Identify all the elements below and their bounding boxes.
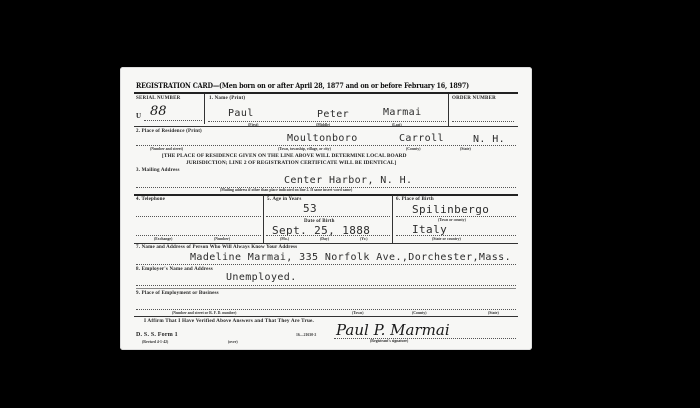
- residence-notice-1: [THE PLACE OF RESIDENCE GIVEN ON THE LIN…: [162, 153, 407, 159]
- state-caption: (State): [460, 147, 471, 151]
- first-name: Paul: [228, 108, 254, 119]
- row-rule: [134, 126, 518, 127]
- yr-caption: (Yr.): [360, 237, 368, 241]
- serial-number-value: 88: [150, 104, 167, 119]
- emp-county-caption: (County): [412, 311, 427, 315]
- age-label: 5. Age in Years: [267, 197, 301, 202]
- employment-underline: [136, 309, 516, 310]
- divider: [204, 94, 205, 124]
- town-caption: (Town, township, village, or city): [278, 147, 331, 151]
- contact-underline: [136, 264, 516, 265]
- mailing-address: Center Harbor, N. H.: [284, 175, 412, 186]
- birthplace-label: 6. Place of Birth: [396, 197, 434, 202]
- middle-name: Peter: [317, 109, 349, 120]
- country-underline: [396, 235, 516, 236]
- row-rule: [134, 316, 518, 317]
- row-rule: [134, 194, 518, 196]
- mo-caption: (Mo.): [280, 237, 289, 241]
- name-underline: [208, 121, 446, 122]
- form-revised: (Revised 4-1-42): [142, 340, 168, 344]
- employer-label: 8. Employer's Name and Address: [136, 267, 213, 272]
- serial-underline: [144, 120, 202, 121]
- employment-place-label: 9. Place of Employment or Business: [136, 291, 219, 296]
- birthplace-town: Spilinbergo: [412, 203, 489, 216]
- town-county-caption: (Town or county): [438, 218, 466, 222]
- residence-county: Carroll: [399, 133, 444, 144]
- age-value: 53: [303, 202, 317, 215]
- print-code: 16—21630-2: [296, 333, 316, 337]
- day-caption: (Day): [320, 237, 329, 241]
- exchange-caption: (Exchange): [154, 237, 172, 241]
- telephone-underline-1: [136, 216, 261, 217]
- serial-number-label: SERIAL NUMBER: [136, 96, 180, 101]
- affirmation: I Affirm That I Have Verified Above Answ…: [144, 318, 314, 324]
- employer-value: Unemployed.: [226, 272, 297, 283]
- birthplace-underline: [396, 216, 516, 217]
- card-title: REGISTRATION CARD—(Men born on or after …: [136, 81, 469, 90]
- employer-underline: [136, 285, 516, 286]
- residence-notice-2: JURISDICTION; LINE 2 OF REGISTRATION CER…: [186, 160, 396, 166]
- form-id: D. S. S. Form 1: [136, 332, 178, 338]
- divider: [263, 195, 264, 243]
- contact-value: Madeline Marmai, 335 Norfolk Ave.,Dorche…: [190, 252, 511, 263]
- county-caption: (County): [406, 147, 421, 151]
- age-underline: [266, 216, 390, 217]
- contact-label: 7. Name and Address of Person Who Will A…: [136, 245, 297, 250]
- country-caption: (State or country): [432, 237, 461, 241]
- order-number-label: ORDER NUMBER: [452, 96, 496, 101]
- row-rule: [134, 243, 518, 244]
- mailing-label: 3. Mailing Address: [136, 168, 180, 173]
- emp-state-caption: (State): [488, 311, 499, 315]
- registration-card: REGISTRATION CARD—(Men born on or after …: [120, 67, 532, 350]
- residence-underline: [136, 145, 516, 146]
- serial-prefix: U: [136, 112, 141, 120]
- residence-label: 2. Place of Residence (Print): [136, 129, 202, 134]
- divider: [448, 94, 449, 126]
- signature-caption: (Registrant's signature): [370, 339, 408, 343]
- last-name: Marmai: [383, 107, 422, 118]
- title-rule: [134, 92, 518, 94]
- telephone-underline-2: [136, 235, 261, 236]
- over-label: (over): [228, 340, 238, 344]
- signature-underline: [334, 338, 516, 339]
- street-caption: (Number and street): [150, 147, 183, 151]
- registrant-signature: Paul P. Marmai: [336, 321, 450, 339]
- telephone-label: 4. Telephone: [136, 197, 165, 202]
- number-caption: (Number): [214, 237, 230, 241]
- order-underline: [452, 121, 514, 122]
- mailing-caption: (Mailing address if other than place ind…: [220, 188, 352, 192]
- name-label: 1. Name (Print): [209, 96, 245, 101]
- dob-underline: [266, 235, 390, 236]
- residence-town: Moultonboro: [287, 133, 358, 144]
- emp-town-caption: (Town): [352, 311, 363, 315]
- row-rule: [136, 288, 516, 289]
- divider: [392, 195, 393, 243]
- residence-state: N. H.: [473, 134, 505, 145]
- emp-street-caption: (Number and street or R. F. D. number): [172, 311, 236, 315]
